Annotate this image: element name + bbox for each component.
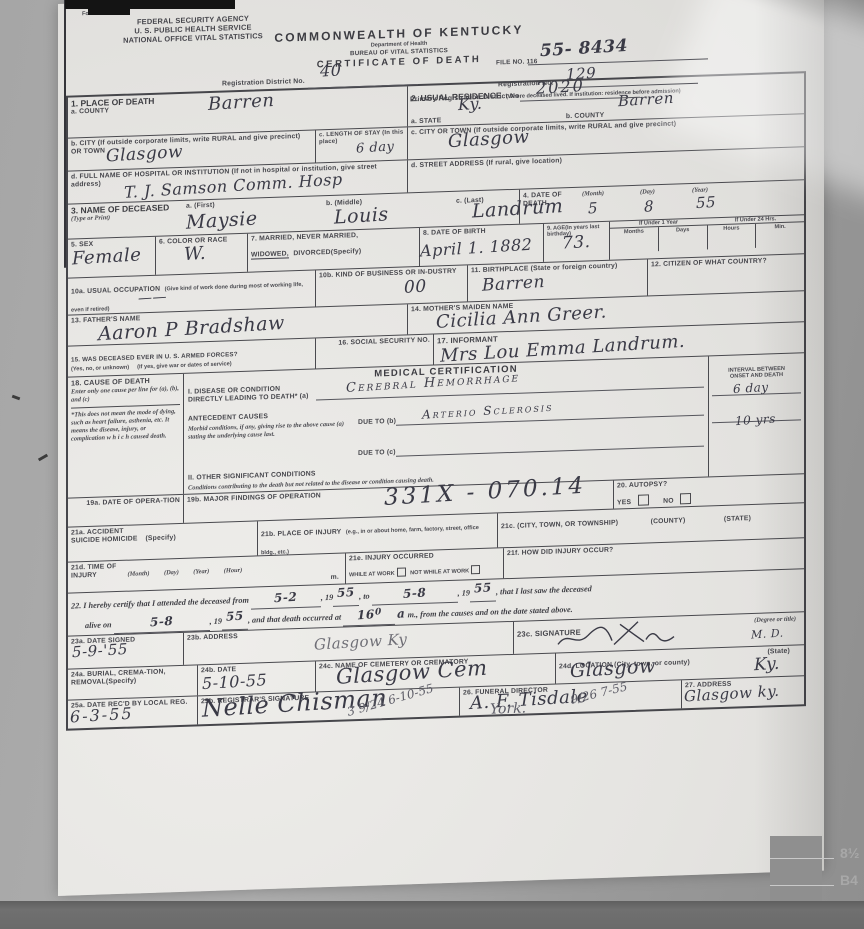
certify-year-2: 55 — [474, 578, 492, 598]
film-black-notch — [88, 0, 130, 15]
autopsy-yes-label: YES — [617, 499, 631, 506]
due-to-b-line: Arterio Sclerosis — [396, 401, 704, 426]
film-label-b4: B4 — [840, 873, 858, 887]
scan-artifact-speck-1 — [12, 395, 21, 401]
disease-label: I. DISEASE OR CONDITION DIRECTLY LEADING… — [188, 384, 316, 405]
name-middle-value: Louis — [334, 203, 389, 228]
place-county-value: Barren — [208, 90, 275, 115]
field-business-industry: 10b. KIND OF BUSINESS OR IN-DUSTRY 00 — [316, 265, 468, 306]
interval-b-value: 10 yrs — [735, 412, 776, 428]
field-cause-sidebar: 18. CAUSE OF DEATH Enter only one cause … — [68, 374, 184, 498]
days-label: Days — [659, 226, 708, 252]
hours-label: Hours — [708, 224, 757, 250]
injury-hour-label: (Hour) — [224, 567, 242, 575]
due-to-c-label: DUE TO (c) — [358, 449, 396, 458]
scan-right-fade — [754, 0, 824, 873]
field-sex: 5. SEX Female — [68, 237, 156, 278]
certify-text-3: , to — [359, 592, 369, 601]
field-date-of-birth: 8. DATE OF BIRTH April 1. 1882 — [420, 224, 544, 266]
accident-specify: (Specify) — [145, 534, 176, 542]
certify-alive-date: 5-8 — [150, 612, 174, 633]
certify-text-6: alive on — [85, 620, 112, 630]
autopsy-yes-checkbox — [638, 495, 649, 506]
morbid-note: Morbid conditions, if any, giving rise t… — [188, 420, 358, 442]
while-at-work-label: WHILE AT WORK — [349, 571, 395, 579]
injury-year-label: (Year) — [193, 568, 209, 576]
certify-text-9: m., from the causes and on the date stat… — [408, 605, 573, 619]
reg-district-label: Registration District No. — [222, 78, 305, 89]
injury-county-label: (COUNTY) — [651, 517, 686, 525]
not-while-at-work-checkbox — [471, 565, 480, 574]
field-age: 9. AGE(In years last birthday) 73. — [544, 222, 610, 262]
reg-district-value: 40 — [320, 60, 342, 80]
due-to-b-value: Arterio Sclerosis — [422, 400, 554, 422]
certify-am-value: a — [397, 605, 406, 625]
field-marital-status: 7. MARRIED, NEVER MARRIED, WIDOWED, DIVO… — [248, 228, 420, 272]
disease-a-tag: (a) — [300, 393, 309, 400]
certificate-form: 1. PLACE OF DEATH a. COUNTY Barren 2. US… — [66, 71, 806, 731]
film-tick-line-1 — [770, 858, 834, 859]
injury-time-label: 21d. TIME OF INJURY — [71, 563, 123, 581]
field-birthplace: 11. BIRTHPLACE (State or foreign country… — [468, 259, 648, 301]
film-density-box — [770, 836, 822, 902]
antecedent-block: ANTECEDENT CAUSES Morbid conditions, if … — [188, 402, 358, 464]
dod-day-label: (Day) — [640, 188, 655, 196]
business-value: 00 — [404, 276, 427, 297]
injury-m-suffix: m. — [331, 574, 339, 582]
stay-value: 6 day — [356, 139, 395, 156]
certify-text-5: , that I last saw the deceased — [496, 584, 592, 596]
certify-to-date: 5-8 — [403, 583, 427, 604]
injury-place-label: 21b. PLACE OF INJURY — [261, 529, 341, 539]
birthplace-value: Barren — [482, 272, 545, 296]
location-state-value: Ky. — [754, 654, 780, 676]
scan-stage: Form V. S. 1-A FEDERAL SECURITY AGENCY U… — [0, 0, 864, 929]
dod-day-value: 8 — [644, 197, 655, 216]
cause-note-1: Enter only one cause per line for (a), (… — [71, 385, 180, 405]
certify-text-1: 22. I hereby certify that I attended the… — [71, 596, 249, 611]
primary-district-value: 2020 — [536, 76, 585, 98]
while-at-work-checkbox — [397, 568, 406, 577]
name-first-value: Maysie — [186, 207, 258, 233]
accident-label: 21a. ACCIDENT SUICIDE HOMICIDE — [71, 527, 141, 546]
age-value: 73. — [562, 232, 591, 254]
certify-time-value: 16 — [357, 605, 375, 625]
certify-text-7: , 19 — [210, 617, 222, 626]
marital-widowed-underlined: WIDOWED, — [251, 250, 289, 259]
field-burial-type: 24a. BURIAL, CREMA-TION, REMOVAL(Specify… — [68, 665, 198, 699]
date-received-value: 6-3-55 — [70, 704, 134, 727]
certify-text-4: , 19 — [458, 588, 470, 597]
location-city-value: Glasgow — [570, 655, 656, 682]
injury-city-label: 21c. (CITY, TOWN, OR TOWNSHIP) — [501, 519, 618, 530]
other-conditions-label: II. OTHER SIGNIFICANT CONDITIONS — [188, 471, 316, 482]
injury-state-label: (STATE) — [724, 515, 751, 523]
sex-value: Female — [72, 244, 142, 269]
operation-date-label: 19a. DATE OF OPERA-TION — [71, 497, 180, 509]
residence-state-label: a. STATE — [411, 117, 441, 125]
certify-year-1: 55 — [337, 583, 355, 603]
interval-a-value: 6 day — [733, 380, 769, 396]
field-color-race: 6. COLOR OR RACE W. — [156, 234, 248, 275]
dod-year-value: 55 — [696, 193, 717, 212]
dob-value: April 1. 1882 — [420, 235, 533, 261]
place-city-value: Glasgow — [106, 142, 184, 167]
cause-note-2: *This does not mean the mode of dying, s… — [71, 408, 180, 444]
pencil-note-2: York. — [490, 700, 526, 717]
row-cause-of-death: 18. CAUSE OF DEATH Enter only one cause … — [68, 352, 804, 497]
burial-label: 24a. BURIAL, CREMA-TION, REMOVAL(Specify… — [71, 667, 194, 687]
injury-month-label: (Month) — [127, 570, 149, 578]
marital-label-3: DIVORCED(Specify) — [293, 248, 361, 257]
certify-from-date: 5-2 — [274, 588, 298, 609]
degree-title-value: M. D. — [751, 626, 784, 641]
date-signed-value: 5-9-'55 — [72, 640, 128, 661]
autopsy-no-label: NO — [663, 498, 674, 505]
certify-text-2: , 19 — [321, 593, 333, 602]
residence-city-value: Glasgow — [448, 126, 530, 152]
field-date-of-operation: 19a. DATE OF OPERA-TION — [68, 495, 184, 527]
occupation-value: —— — [138, 289, 167, 307]
certify-year-3: 55 — [226, 607, 244, 627]
not-while-at-work-label: NOT WHILE AT WORK — [410, 569, 469, 577]
dod-month-label: (Month) — [582, 190, 604, 199]
physician-signature-scrawl — [554, 618, 684, 652]
film-tick-line-2 — [770, 885, 834, 886]
file-no-label: FILE NO. 116 — [496, 58, 537, 67]
scan-artifact-speck-2 — [38, 454, 48, 462]
film-bottom-bar — [0, 901, 864, 929]
cemetery-value: Glasgow Cem — [336, 656, 488, 689]
birthplace-label: 11. BIRTHPLACE (State or foreign country… — [471, 262, 644, 276]
field-date-signed: 23a. DATE SIGNED 5-9-'55 — [68, 633, 184, 669]
field-length-of-stay: c. LENGTH OF STAY (In this place) 6 day — [316, 127, 408, 162]
ssn-label: 16. SOCIAL SECURITY NO. — [319, 337, 430, 349]
dod-month-value: 5 — [588, 199, 599, 218]
certify-text-8: , and that death occurred at — [248, 613, 341, 625]
injury-occurred-label: 21e. INJURY OCCURRED — [349, 550, 500, 563]
certificate-paper: Form V. S. 1-A FEDERAL SECURITY AGENCY U… — [58, 0, 824, 896]
field-date-received: 25a. DATE REC'D BY LOCAL REG. 6-3-55 — [68, 696, 198, 728]
file-no-value: 55- 8434 — [540, 36, 628, 61]
residence-county-value: Barren — [618, 89, 674, 110]
burial-date-value: 5-10-55 — [202, 670, 268, 693]
injury-day-label: (Day) — [164, 569, 179, 576]
business-label: 10b. KIND OF BUSINESS OR IN-DUSTRY — [319, 268, 464, 281]
antecedent-label: ANTECEDENT CAUSES — [188, 413, 268, 423]
field-medical-certification: MEDICAL CERTIFICATION I. DISEASE OR COND… — [184, 356, 709, 493]
film-label-8half: 8½ — [840, 846, 859, 860]
field-ssn: 16. SOCIAL SECURITY NO. — [316, 335, 434, 369]
residence-county-label: b. COUNTY — [566, 112, 604, 120]
autopsy-no-checkbox — [680, 493, 691, 504]
forces-note-1: (Yes, no, or unknown) — [71, 365, 129, 373]
forces-note-2: (If yes, give war or dates of service) — [137, 361, 232, 371]
race-value: W. — [184, 243, 207, 265]
certify-time-sup: 0 — [374, 605, 381, 620]
months-label: Months — [610, 227, 659, 253]
due-to-b-label: DUE TO (b) — [358, 418, 396, 427]
